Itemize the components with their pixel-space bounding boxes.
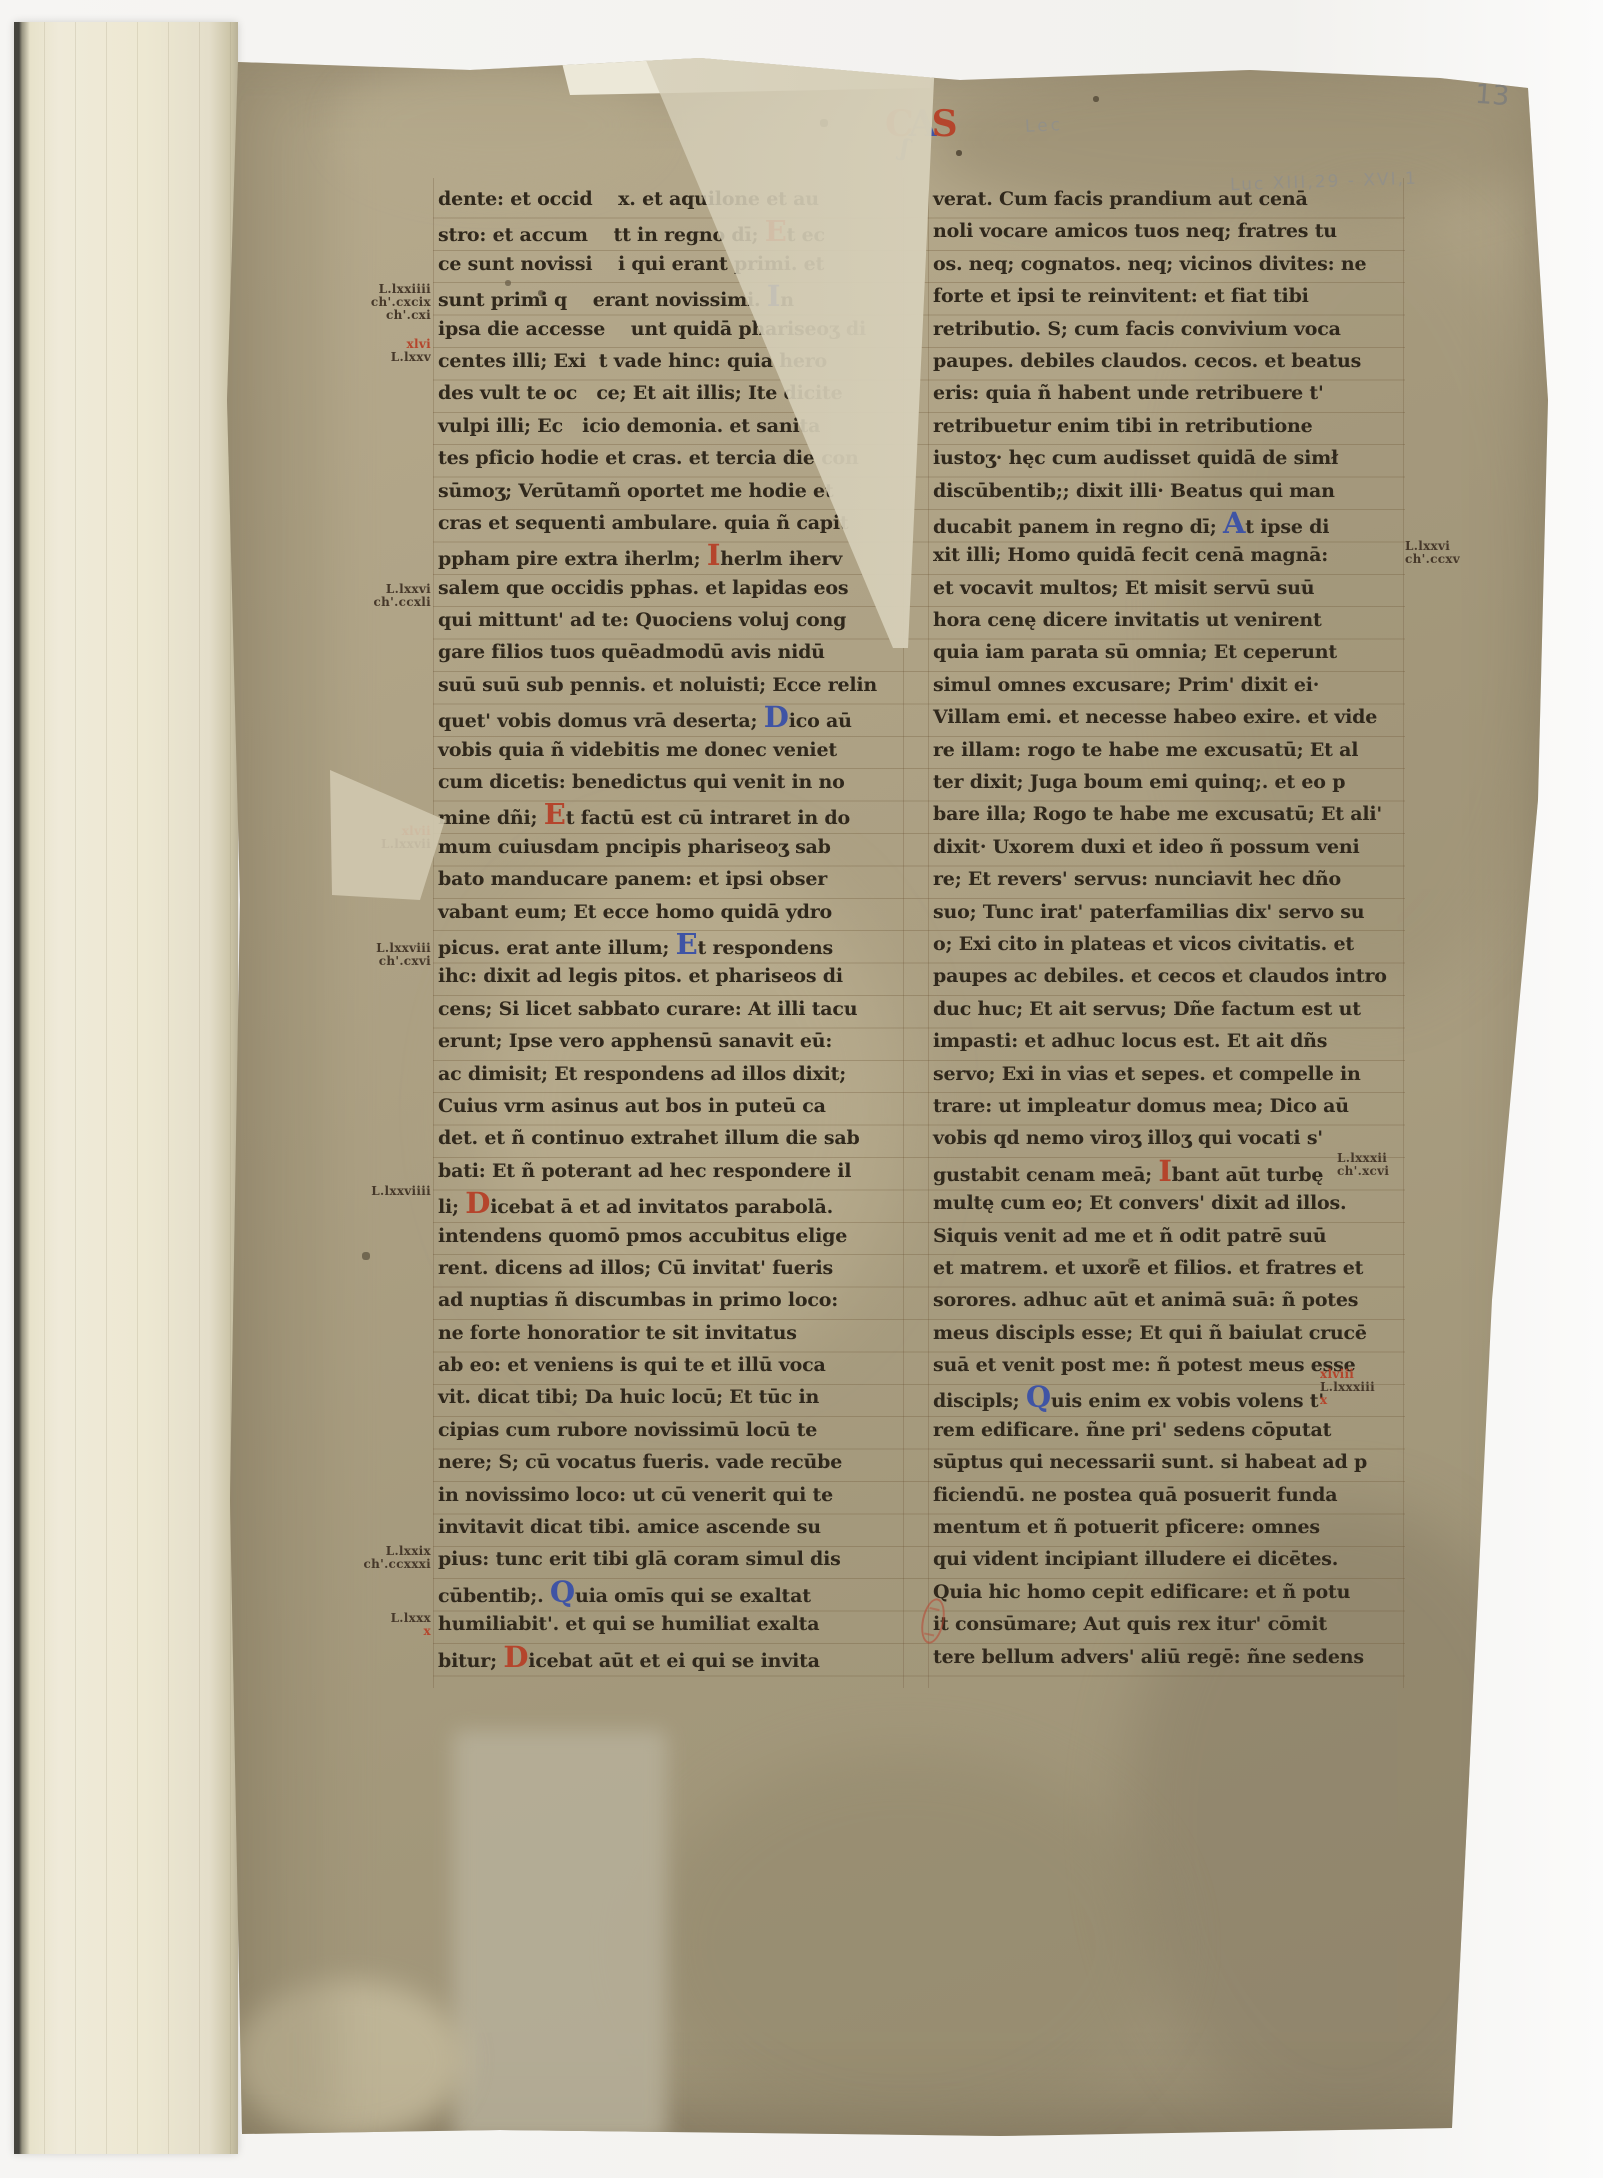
- margin-note-line: x: [1320, 1394, 1375, 1407]
- margin-lection-note: L.lxxvich'.ccxli: [355, 583, 431, 609]
- manuscript-photo: CAS ʃ Lec Luc XIII,29 - XVI,1 13 dente: …: [0, 0, 1603, 2178]
- margin-lection-note: L.lxxviiich'.cxvi: [355, 942, 431, 968]
- margin-lection-note: L.lxxxx: [355, 1612, 431, 1638]
- margin-note-line: ch'.xcvi: [1337, 1165, 1389, 1178]
- margin-lection-note: L.lxxixch'.ccxxxi: [355, 1545, 431, 1571]
- margin-lection-note: L.lxxxiich'.xcvi: [1337, 1152, 1389, 1178]
- margin-note-line: L.lxxv: [355, 351, 431, 364]
- margin-note-line: ch'.cxi: [355, 309, 431, 322]
- margin-note-line: L.lxxx: [355, 1612, 431, 1625]
- parchment-leaf: CAS ʃ Lec Luc XIII,29 - XVI,1 13 dente: …: [225, 50, 1560, 2140]
- margin-note-line: L.lxxxiii: [1320, 1381, 1375, 1394]
- margin-lection-note: xlviL.lxxv: [355, 338, 431, 364]
- margin-lection-note: L.lxxiiiich'.cxcixch'.cxi: [355, 283, 431, 322]
- margin-lection-note: L.lxxviiii: [355, 1185, 431, 1198]
- margin-lection-note: xlviiiL.lxxxiiix: [1320, 1368, 1375, 1407]
- margin-lection-note: xlviiL.lxxvii: [355, 825, 431, 851]
- margin-note-line: ch'.ccxv: [1405, 553, 1460, 566]
- book-page-edges: [14, 22, 238, 2154]
- margin-note-line: ch'.ccxli: [355, 596, 431, 609]
- margin-note-line: ch'.cxvi: [355, 955, 431, 968]
- margin-note-line: L.lxxvii: [355, 838, 431, 851]
- margin-lection-note: L.lxxvich'.ccxv: [1405, 540, 1460, 566]
- margin-note-line: ch'.ccxxxi: [355, 1558, 431, 1571]
- margin-note-line: x: [355, 1625, 431, 1638]
- marginalia-layer: L.lxxiiiich'.cxcixch'.cxixlviL.lxxvL.lxx…: [225, 50, 1560, 2140]
- margin-note-line: L.lxxviiii: [355, 1185, 431, 1198]
